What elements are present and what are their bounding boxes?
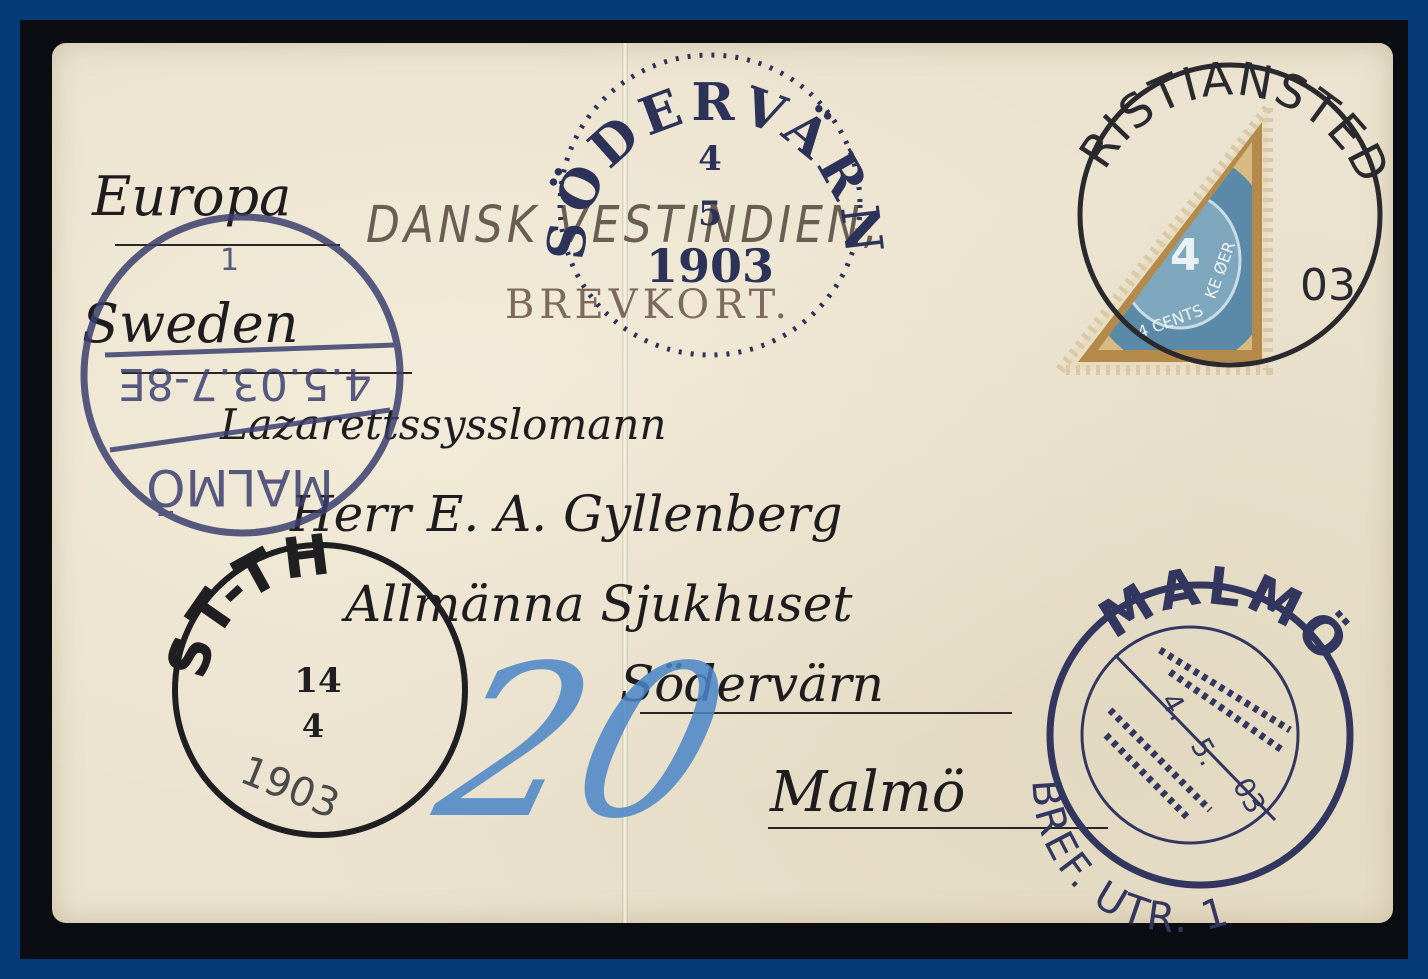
svg-text:MALMÖ: MALMÖ [1089, 556, 1363, 676]
svg-text:4.5.03.7-8E: 4.5.03.7-8E [118, 358, 372, 409]
svg-text:5.: 5. [1184, 732, 1226, 772]
svg-text:1: 1 [220, 243, 239, 278]
svg-text:4: 4 [302, 707, 324, 745]
svg-text:5: 5 [698, 194, 722, 234]
postmark-malmo-bref: 4. 5. 03 MALMÖ BREF. UTR. 1 [1022, 556, 1362, 942]
svg-text:1903: 1903 [646, 239, 774, 293]
postmark-st-thomas: ST-TH 14 4 1903 [155, 522, 465, 835]
svg-text:MALMÖ: MALMÖ [146, 458, 334, 516]
stamps-and-postmarks: SÖDERVÄRN 4 5 1903 4 KE ØER 4 CENTS RIST… [0, 0, 1428, 979]
svg-text:03: 03 [1300, 260, 1356, 311]
svg-text:14: 14 [294, 661, 341, 701]
svg-text:4: 4 [698, 139, 722, 179]
postmark-malmo-inverted: 4.5.03.7-8E MALMÖ 1 [84, 217, 400, 533]
postmark-sodervarn: SÖDERVÄRN 4 5 1903 [536, 55, 895, 355]
svg-text:4.: 4. [1154, 687, 1196, 727]
